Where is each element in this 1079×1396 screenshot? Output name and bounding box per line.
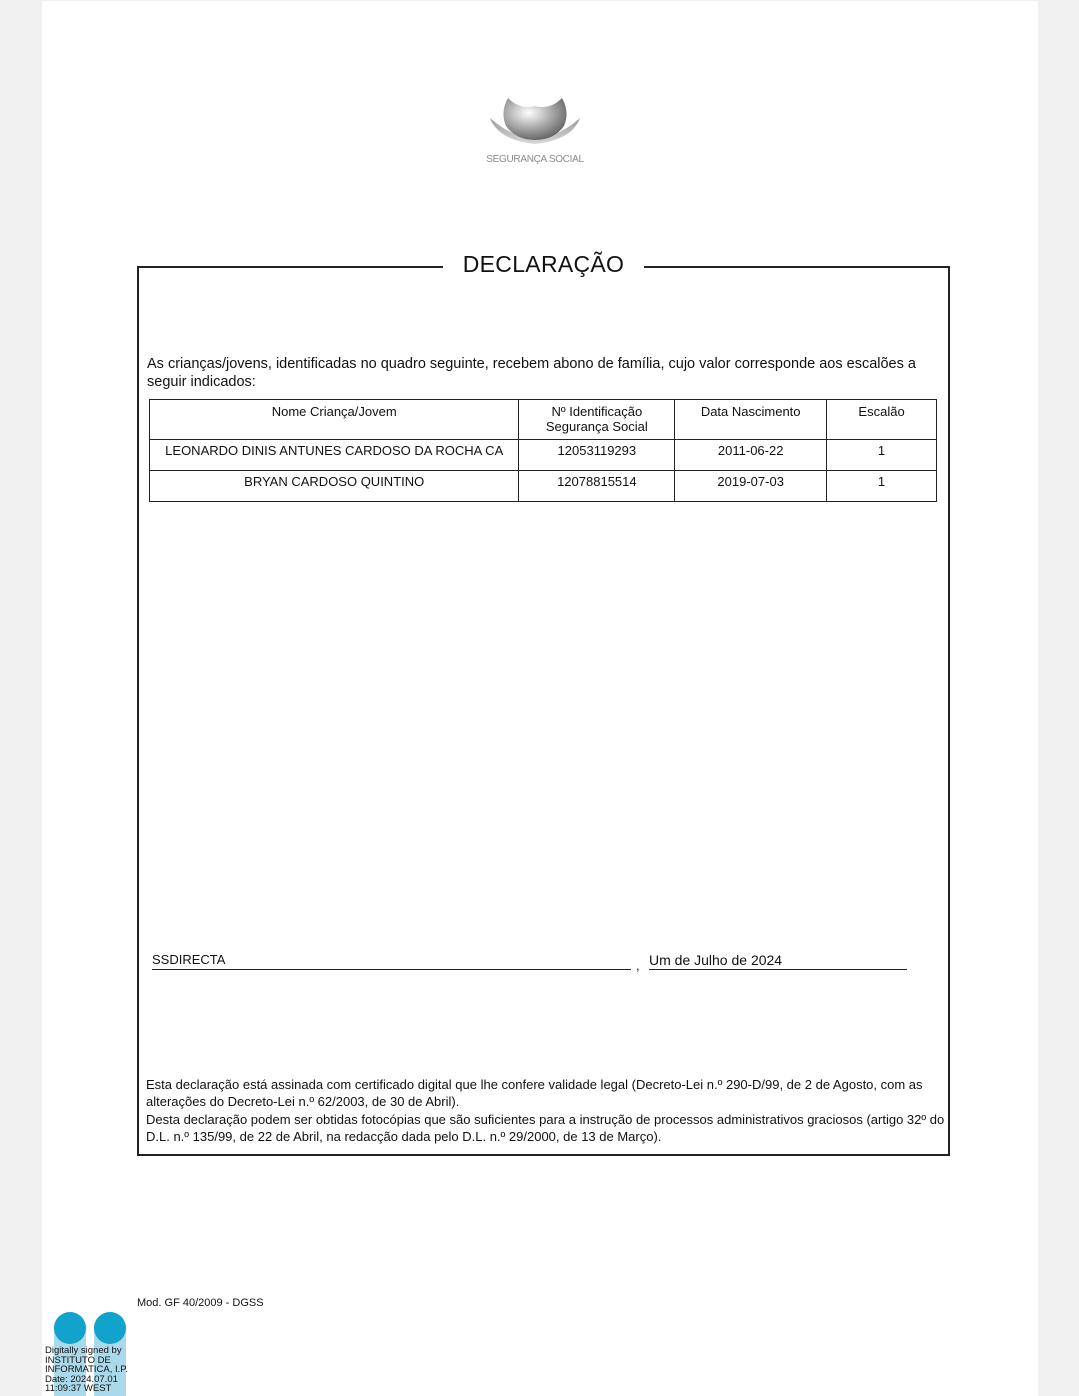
child-escalao: 1	[827, 440, 937, 471]
legal-note-photocopies: Desta declaração podem ser obtidas fotoc…	[146, 1111, 946, 1145]
intro-text: As crianças/jovens, identificadas no qua…	[147, 355, 947, 391]
logo-emblem-icon	[480, 88, 590, 154]
date-field: Um de Julho de 2024	[649, 952, 907, 970]
table-header-row: Nome Criança/Jovem Nº Identificação Segu…	[150, 400, 937, 440]
place-field: SSDIRECTA	[152, 952, 631, 970]
signature-text: Digitally signed by INSTITUTO DE INFORMA…	[45, 1346, 128, 1394]
signature-logo-icon	[94, 1312, 126, 1344]
child-birth-date: 2019-07-03	[675, 471, 827, 502]
child-name: BRYAN CARDOSO QUINTINO	[150, 471, 519, 502]
legal-notes: Esta declaração está assinada com certif…	[146, 1076, 946, 1146]
child-ss-id: 12053119293	[519, 440, 675, 471]
seguranca-social-logo: SEGURANÇA SOCIAL	[480, 88, 590, 170]
header-escalao: Escalão	[827, 400, 937, 440]
place-date-separator: ,	[636, 958, 640, 973]
header-name: Nome Criança/Jovem	[150, 400, 519, 440]
form-model-code: Mod. GF 40/2009 - DGSS	[137, 1297, 264, 1309]
logo-text: SEGURANÇA SOCIAL	[480, 154, 590, 165]
declaration-frame: DECLARAÇÃO As crianças/jovens, identific…	[137, 266, 950, 1156]
header-birth-date: Data Nascimento	[675, 400, 827, 440]
signature-logo-icon	[54, 1312, 86, 1344]
signature-line: 11:09:37 WEST	[45, 1384, 128, 1394]
child-escalao: 1	[827, 471, 937, 502]
document-title: DECLARAÇÃO	[443, 251, 644, 278]
child-name: LEONARDO DINIS ANTUNES CARDOSO DA ROCHA …	[150, 440, 519, 471]
header-ss-id: Nº Identificação Segurança Social	[519, 400, 675, 440]
child-ss-id: 12078815514	[519, 471, 675, 502]
child-birth-date: 2011-06-22	[675, 440, 827, 471]
legal-note-signature: Esta declaração está assinada com certif…	[146, 1076, 946, 1110]
table-row: LEONARDO DINIS ANTUNES CARDOSO DA ROCHA …	[150, 440, 937, 471]
children-table: Nome Criança/Jovem Nº Identificação Segu…	[149, 399, 937, 502]
table-row: BRYAN CARDOSO QUINTINO 12078815514 2019-…	[150, 471, 937, 502]
digital-signature: Digitally signed by INSTITUTO DE INFORMA…	[45, 1312, 140, 1396]
